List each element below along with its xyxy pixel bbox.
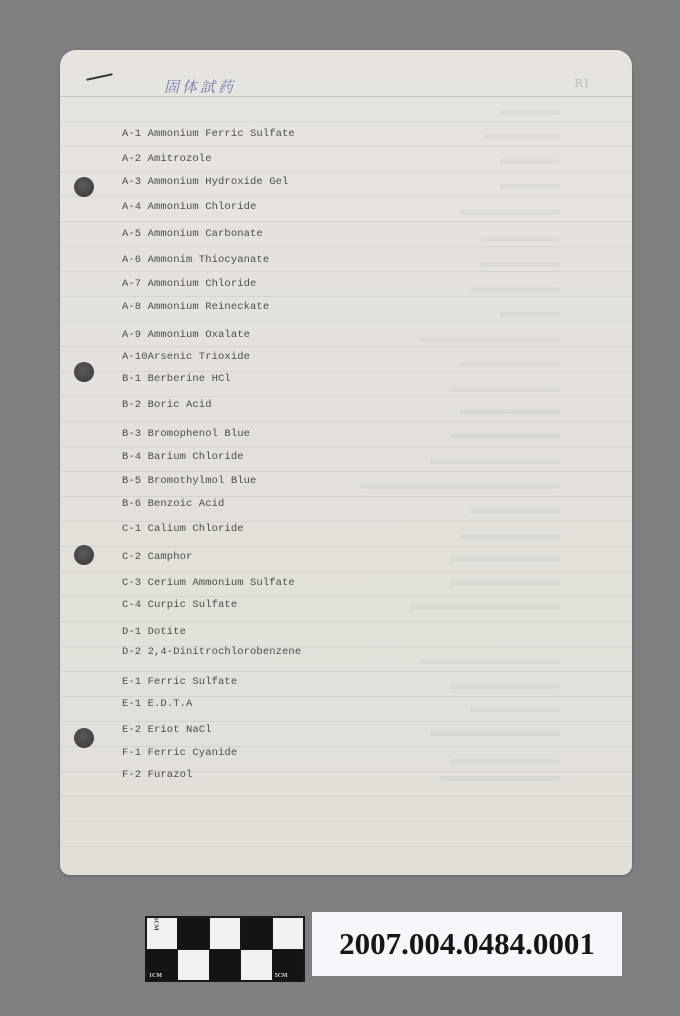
reagent-entry: E-1 E.D.T.A [122,698,192,710]
reagent-entry: A-8 Ammonium Reineckate [122,301,269,313]
ruled-line [60,421,632,422]
bleed-through-text [500,110,560,115]
bleed-through-text [450,387,560,392]
scale-cell: 1CM [147,918,177,949]
scale-cell [178,950,208,981]
bleed-through-text [450,684,560,689]
ruled-line [60,446,632,447]
reagent-entry: A-1 Ammonium Ferric Sulfate [122,128,295,140]
bleed-through-text [470,287,560,292]
reagent-entry: C-3 Cerium Ammonium Sulfate [122,577,295,589]
bleed-through-text [430,459,560,464]
reagent-entry: C-4 Curpic Sulfate [122,599,237,611]
reagent-entry: A-10Arsenic Trioxide [122,351,250,363]
ruled-line [60,496,632,497]
scale-cell [210,918,240,949]
reagent-entry: E-1 Ferric Sulfate [122,676,237,688]
reagent-entry: A-3 Ammonium Hydroxide Gel [122,176,288,188]
ruled-line [60,296,632,297]
reagent-entry: B-5 Bromothylmol Blue [122,475,256,487]
punch-hole [74,362,94,382]
reagent-entry: B-4 Barium Chloride [122,451,244,463]
bleed-through-text [460,409,560,414]
ruled-line [60,221,632,222]
ruled-line [60,571,632,572]
punch-hole [74,177,94,197]
scale-label-left: 1CM [149,973,162,979]
bleed-through-text [450,557,560,562]
ruled-line [60,346,632,347]
bleed-through-text [450,434,560,439]
reagent-entry: D-2 2,4-Dinitrochlorobenzene [122,646,301,658]
bleed-through-text [470,707,560,712]
ruled-line [60,546,632,547]
reagent-entry: C-1 Calium Chloride [122,523,244,535]
scale-cell [273,918,303,949]
header-rule [60,96,632,97]
ruled-line [60,521,632,522]
bleed-through-text [480,262,560,267]
bleed-through-text [450,581,560,586]
ruled-line [60,696,632,697]
ruled-line [60,396,632,397]
reagent-entry: A-2 Amitrozole [122,153,212,165]
reagent-entry: A-4 Ammonium Chloride [122,201,256,213]
bleed-through-text [450,759,560,764]
bleed-through-text [460,534,560,539]
ruled-line [60,196,632,197]
reagent-entry: D-1 Dotite [122,626,186,638]
bleed-through-text [420,659,560,664]
pen-dash-mark [86,73,113,81]
page-number: R1 [575,77,590,90]
reagent-entry: B-1 Berberine HCl [122,373,231,385]
ruled-line [60,146,632,147]
ruled-line [60,121,632,122]
scale-bar: 1CM 1CM 5CM [145,916,305,982]
ruled-line [60,246,632,247]
reagent-entry: B-6 Benzoic Acid [122,498,224,510]
ruled-line [60,846,632,847]
ruled-line [60,371,632,372]
ruled-line [60,821,632,822]
bleed-through-text [410,605,560,610]
ruled-line [60,471,632,472]
reagent-entry: A-7 Ammonium Chloride [122,278,256,290]
document-page: 固体試药 R1 A-1 Ammonium Ferric SulfateA-2 A… [60,50,632,875]
scale-cell [241,950,271,981]
bleed-through-text [500,184,560,189]
reagent-entry: F-1 Ferric Cyanide [122,747,237,759]
bleed-through-text [460,210,560,215]
scale-cell [178,918,208,949]
reagent-entry: E-2 Eriot NaCl [122,724,212,736]
bleed-through-text [480,237,560,242]
reagent-entry: A-6 Ammonim Thiocyanate [122,254,269,266]
scale-label-right: 5CM [275,973,288,979]
scale-cell: 1CM [147,950,177,981]
reagent-entry: B-2 Boric Acid [122,399,212,411]
bleed-through-text [360,484,560,489]
bleed-through-text [430,731,560,736]
bleed-through-text [420,337,560,342]
bleed-through-text [500,312,560,317]
punch-hole [74,728,94,748]
reagent-entry: C-2 Camphor [122,551,192,563]
bleed-through-text [500,159,560,164]
ruled-line [60,321,632,322]
ruled-line [60,271,632,272]
scale-cell [210,950,240,981]
ruled-line [60,171,632,172]
reagent-entry: A-5 Ammonium Carbonate [122,228,263,240]
bleed-through-text [460,362,560,367]
scale-cell: 5CM [273,950,303,981]
ruled-line [60,671,632,672]
ruled-line [60,621,632,622]
reagent-entry: A-9 Ammonium Oxalate [122,329,250,341]
bleed-through-text [485,134,560,139]
ruled-line [60,796,632,797]
ruled-line [60,596,632,597]
scale-label-top: 1CM [153,918,159,931]
reagent-entry: F-2 Furazol [122,769,192,781]
punch-hole [74,545,94,565]
bleed-through-text [470,509,560,514]
scale-cell [241,918,271,949]
ruled-line [60,721,632,722]
catalog-number-label: 2007.004.0484.0001 [312,912,622,976]
handwritten-title: 固体試药 [164,76,236,97]
reagent-entry: B-3 Bromophenol Blue [122,428,250,440]
bleed-through-text [440,776,560,781]
